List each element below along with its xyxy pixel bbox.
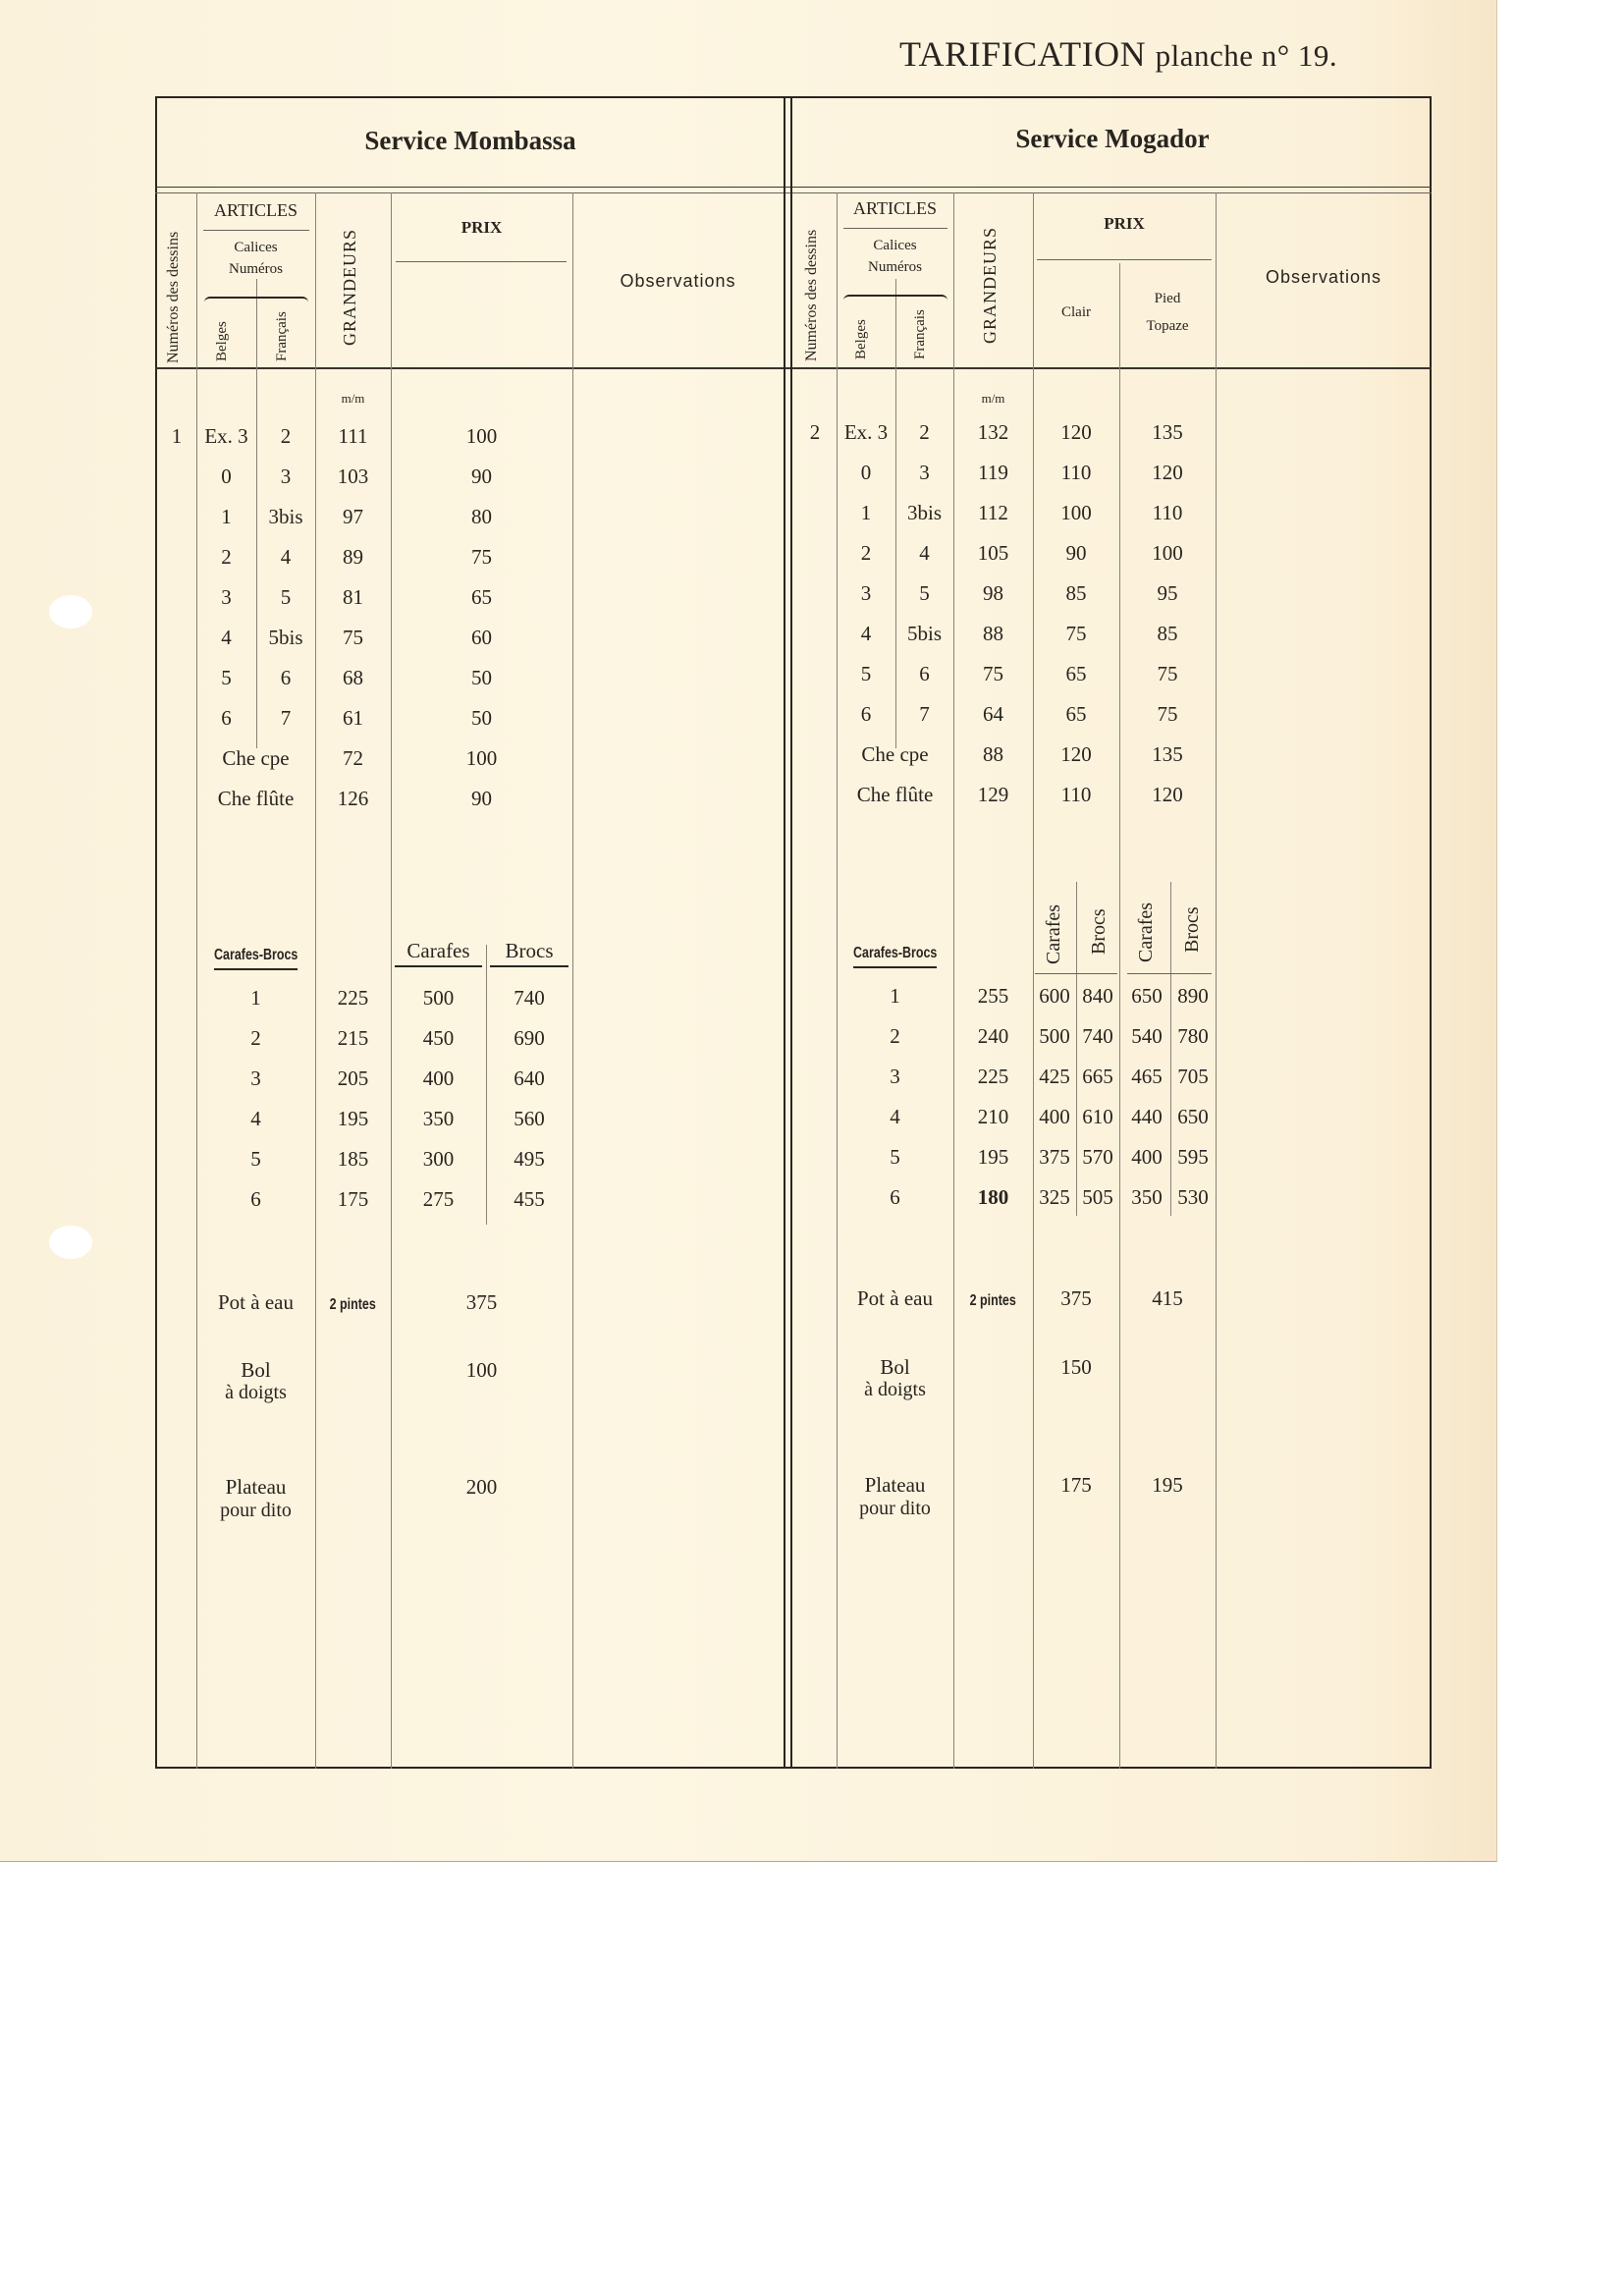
cell-carafes: 300 bbox=[391, 1147, 486, 1172]
header-articles: ARTICLES bbox=[837, 198, 953, 219]
cell-prix: 60 bbox=[391, 626, 572, 650]
cell-prix: 90 bbox=[391, 787, 572, 811]
cell-grandeur: 111 bbox=[315, 424, 391, 449]
cell-article: Che flûte bbox=[196, 787, 315, 811]
header-francais: Français bbox=[912, 309, 929, 359]
cell-grandeur: 89 bbox=[315, 545, 391, 570]
cell-grandeur: 240 bbox=[953, 1024, 1033, 1049]
service-mombassa-title: Service Mombassa bbox=[157, 126, 784, 156]
cell-clair-carafes: 325 bbox=[1033, 1185, 1076, 1210]
cell-grandeur: 225 bbox=[953, 1065, 1033, 1089]
col-line bbox=[895, 279, 896, 367]
cell-brocs: 560 bbox=[486, 1107, 572, 1131]
cell-clair: 120 bbox=[1033, 742, 1119, 767]
cell-clair-brocs: 610 bbox=[1076, 1105, 1119, 1129]
cell-pied-brocs: 595 bbox=[1170, 1145, 1216, 1170]
unit-mm: m/m bbox=[953, 391, 1033, 407]
carafes-subrule bbox=[1035, 973, 1117, 974]
cell-no: 3 bbox=[837, 1065, 953, 1089]
cell-belges: 6 bbox=[196, 706, 256, 731]
cell-prix: 50 bbox=[391, 666, 572, 690]
cell-no: 2 bbox=[837, 1024, 953, 1049]
carafes-subrule bbox=[1127, 973, 1212, 974]
cell-clair: 85 bbox=[1033, 581, 1119, 606]
cell-article: Che flûte bbox=[837, 783, 953, 807]
cell-belges: Ex. 3 bbox=[837, 420, 895, 445]
cell-grandeur: 81 bbox=[315, 585, 391, 610]
header-grandeurs: GRANDEURS bbox=[340, 229, 360, 346]
cell-clair-brocs: 505 bbox=[1076, 1185, 1119, 1210]
cell-grandeur: 255 bbox=[953, 984, 1033, 1009]
cell-brocs: 690 bbox=[486, 1026, 572, 1051]
header-observations: Observations bbox=[572, 271, 784, 292]
cell-belges: 2 bbox=[196, 545, 256, 570]
grandeur-text: 2 pintes bbox=[330, 1296, 376, 1314]
cell-pied-topaze: 120 bbox=[1119, 783, 1216, 807]
tariff-table-frame bbox=[155, 96, 1432, 1769]
articles-rule bbox=[843, 228, 947, 229]
cell-no: 4 bbox=[837, 1105, 953, 1129]
cell-francais: 4 bbox=[895, 541, 953, 566]
cell-francais: 5bis bbox=[256, 626, 315, 650]
brace-icon bbox=[843, 295, 947, 304]
cell-belges: 1 bbox=[837, 501, 895, 525]
cell-prix: 100 bbox=[391, 746, 572, 771]
cell-brocs: 455 bbox=[486, 1187, 572, 1212]
header-clair: Clair bbox=[1033, 304, 1119, 321]
cell-article: Pot à eau bbox=[196, 1290, 315, 1315]
cell-grandeur: 126 bbox=[315, 787, 391, 811]
rule-under-service-titles-2 bbox=[155, 192, 1432, 193]
cell-clair-carafes: 600 bbox=[1033, 984, 1076, 1009]
cell-grandeur: 68 bbox=[315, 666, 391, 690]
header-numeros: Numéros bbox=[837, 259, 953, 276]
header-numeros-dessins: Numéros des dessins bbox=[803, 230, 821, 361]
col-line bbox=[1216, 192, 1217, 1769]
cell-grandeur: 175 bbox=[315, 1187, 391, 1212]
col-line bbox=[572, 192, 573, 1769]
header-calices: Calices bbox=[837, 238, 953, 254]
cell-grandeur: 97 bbox=[315, 505, 391, 529]
cell-brocs: 495 bbox=[486, 1147, 572, 1172]
header-pied: Pied bbox=[1119, 291, 1216, 307]
cell-francais: 2 bbox=[895, 420, 953, 445]
cell-belges: 5 bbox=[196, 666, 256, 690]
cell-no: 1 bbox=[837, 984, 953, 1009]
cell-francais: 3bis bbox=[895, 501, 953, 525]
header-carafes: Carafes bbox=[395, 939, 482, 967]
cell-belges: 4 bbox=[196, 626, 256, 650]
cell-article-line2: pour dito bbox=[837, 1498, 953, 1520]
cell-clair: 65 bbox=[1033, 662, 1119, 686]
cell-clair: 175 bbox=[1033, 1473, 1119, 1498]
cell-francais: 3bis bbox=[256, 505, 315, 529]
cell-grandeur: 105 bbox=[953, 541, 1033, 566]
cell-belges: 4 bbox=[837, 622, 895, 646]
label-carafes-brocs: Carafes-Brocs bbox=[214, 947, 298, 970]
prix-subrule bbox=[1037, 259, 1212, 260]
cell-carafes: 350 bbox=[391, 1107, 486, 1131]
cell-francais: 5 bbox=[256, 585, 315, 610]
cell-clair: 100 bbox=[1033, 501, 1119, 525]
cell-no: 4 bbox=[196, 1107, 315, 1131]
cell-pied-carafes: 350 bbox=[1123, 1185, 1170, 1210]
title-plate-number: planche n° 19. bbox=[1156, 38, 1338, 73]
cell-grandeur: 132 bbox=[953, 420, 1033, 445]
header-topaze: Topaze bbox=[1119, 318, 1216, 335]
cell-pied-topaze: 75 bbox=[1119, 662, 1216, 686]
cell-francais: 5bis bbox=[895, 622, 953, 646]
cell-francais: 6 bbox=[895, 662, 953, 686]
cell-pied-topaze: 75 bbox=[1119, 702, 1216, 727]
cell-pied-brocs: 780 bbox=[1170, 1024, 1216, 1049]
dessin-number: 2 bbox=[793, 420, 837, 445]
col-line bbox=[256, 279, 257, 367]
articles-rule bbox=[203, 230, 309, 231]
cell-pied-topaze: 415 bbox=[1119, 1286, 1216, 1311]
header-clair-carafes: Carafes bbox=[1043, 904, 1065, 964]
cell-francais: 7 bbox=[256, 706, 315, 731]
service-divider bbox=[784, 96, 785, 1769]
cell-pied-topaze: 110 bbox=[1119, 501, 1216, 525]
header-brocs: Brocs bbox=[490, 939, 568, 967]
header-pied-carafes: Carafes bbox=[1135, 902, 1158, 962]
header-observations: Observations bbox=[1216, 267, 1432, 288]
cell-grandeur: 103 bbox=[315, 465, 391, 489]
header-articles: ARTICLES bbox=[196, 200, 315, 221]
cell-francais: 7 bbox=[895, 702, 953, 727]
cell-brocs: 640 bbox=[486, 1066, 572, 1091]
cell-grandeur: 112 bbox=[953, 501, 1033, 525]
header-carafes-brocs: Carafes-Brocs bbox=[837, 939, 953, 968]
service-divider bbox=[790, 96, 792, 1769]
cell-prix: 50 bbox=[391, 706, 572, 731]
cell-clair: 110 bbox=[1033, 783, 1119, 807]
cell-article-line2: à doigts bbox=[196, 1382, 315, 1404]
punch-hole bbox=[49, 595, 92, 629]
cell-belges: 1 bbox=[196, 505, 256, 529]
brace-icon bbox=[204, 297, 308, 306]
cell-article: Che cpe bbox=[196, 746, 315, 771]
cell-no: 1 bbox=[196, 986, 315, 1011]
cell-pied-carafes: 465 bbox=[1123, 1065, 1170, 1089]
header-prix: PRIX bbox=[391, 218, 572, 238]
cell-grandeur: 72 bbox=[315, 746, 391, 771]
cell-grandeur: 205 bbox=[315, 1066, 391, 1091]
header-belges: Belges bbox=[214, 321, 231, 361]
cell-pied-carafes: 400 bbox=[1123, 1145, 1170, 1170]
cell-article: Plateau bbox=[196, 1475, 315, 1500]
cell-francais: 3 bbox=[895, 461, 953, 485]
cell-carafes: 275 bbox=[391, 1187, 486, 1212]
cell-grandeur: 75 bbox=[315, 626, 391, 650]
cell-clair-carafes: 425 bbox=[1033, 1065, 1076, 1089]
cell-article: Bol bbox=[837, 1355, 953, 1380]
cell-clair-carafes: 375 bbox=[1033, 1145, 1076, 1170]
header-numeros-dessins: Numéros des dessins bbox=[165, 232, 183, 363]
header-carafes-brocs: Carafes-Brocs bbox=[196, 941, 315, 970]
cell-clair: 90 bbox=[1033, 541, 1119, 566]
cell-prix: 375 bbox=[391, 1290, 572, 1315]
punch-hole bbox=[49, 1226, 92, 1259]
cell-pied-brocs: 530 bbox=[1170, 1185, 1216, 1210]
cell-clair: 375 bbox=[1033, 1286, 1119, 1311]
cell-pied-topaze: 85 bbox=[1119, 622, 1216, 646]
cell-grandeur: 129 bbox=[953, 783, 1033, 807]
cell-grandeur: 119 bbox=[953, 461, 1033, 485]
cell-pied-topaze: 135 bbox=[1119, 420, 1216, 445]
title-main: TARIFICATION bbox=[899, 34, 1146, 74]
cell-pied-brocs: 650 bbox=[1170, 1105, 1216, 1129]
col-line bbox=[1119, 263, 1120, 1769]
cell-article: Bol bbox=[196, 1358, 315, 1383]
prix-subrule bbox=[396, 261, 567, 262]
cell-no: 5 bbox=[196, 1147, 315, 1172]
cell-grandeur: 75 bbox=[953, 662, 1033, 686]
cell-prix: 80 bbox=[391, 505, 572, 529]
header-belges: Belges bbox=[853, 319, 870, 359]
cell-clair-brocs: 840 bbox=[1076, 984, 1119, 1009]
cell-no: 2 bbox=[196, 1026, 315, 1051]
cell-no: 6 bbox=[196, 1187, 315, 1212]
cell-no: 5 bbox=[837, 1145, 953, 1170]
cell-prix: 65 bbox=[391, 585, 572, 610]
page-title: TARIFICATION planche n° 19. bbox=[899, 33, 1337, 75]
cell-pied-brocs: 890 bbox=[1170, 984, 1216, 1009]
cell-belges: 3 bbox=[196, 585, 256, 610]
cell-prix: 75 bbox=[391, 545, 572, 570]
cell-clair-brocs: 740 bbox=[1076, 1024, 1119, 1049]
cell-grandeur: 98 bbox=[953, 581, 1033, 606]
cell-carafes: 500 bbox=[391, 986, 486, 1011]
cell-article: Plateau bbox=[837, 1473, 953, 1498]
cell-clair: 110 bbox=[1033, 461, 1119, 485]
grandeur-text: 2 pintes bbox=[970, 1292, 1016, 1310]
cell-clair-brocs: 665 bbox=[1076, 1065, 1119, 1089]
cell-no: 6 bbox=[837, 1185, 953, 1210]
rule-under-service-titles bbox=[155, 187, 1432, 188]
cell-prix: 100 bbox=[391, 1358, 572, 1383]
cell-clair: 150 bbox=[1033, 1355, 1119, 1380]
cell-clair: 65 bbox=[1033, 702, 1119, 727]
header-numeros: Numéros bbox=[196, 261, 315, 278]
unit-mm: m/m bbox=[315, 391, 391, 407]
cell-no: 3 bbox=[196, 1066, 315, 1091]
cell-clair-carafes: 500 bbox=[1033, 1024, 1076, 1049]
cell-grandeur: 195 bbox=[953, 1145, 1033, 1170]
cell-pied-topaze: 135 bbox=[1119, 742, 1216, 767]
header-francais: Français bbox=[274, 311, 291, 361]
cell-grandeur: 185 bbox=[315, 1147, 391, 1172]
cell-belges: 2 bbox=[837, 541, 895, 566]
cell-grandeur: 195 bbox=[315, 1107, 391, 1131]
header-prix: PRIX bbox=[1033, 214, 1216, 234]
cell-francais: 2 bbox=[256, 424, 315, 449]
cell-article-line2: à doigts bbox=[837, 1379, 953, 1401]
cell-grandeur: 61 bbox=[315, 706, 391, 731]
cell-francais: 4 bbox=[256, 545, 315, 570]
cell-carafes: 450 bbox=[391, 1026, 486, 1051]
cell-belges: 5 bbox=[837, 662, 895, 686]
header-calices: Calices bbox=[196, 240, 315, 256]
cell-grandeur: 2 pintes bbox=[315, 1290, 391, 1315]
cell-grandeur: 215 bbox=[315, 1026, 391, 1051]
rule-under-column-headers bbox=[155, 367, 1432, 369]
cell-article: Pot à eau bbox=[837, 1286, 953, 1311]
cell-pied-topaze: 120 bbox=[1119, 461, 1216, 485]
cell-prix: 90 bbox=[391, 465, 572, 489]
cell-belges: 0 bbox=[196, 465, 256, 489]
cell-grandeur: 88 bbox=[953, 622, 1033, 646]
cell-pied-carafes: 650 bbox=[1123, 984, 1170, 1009]
cell-clair: 75 bbox=[1033, 622, 1119, 646]
cell-pied-topaze: 195 bbox=[1119, 1473, 1216, 1498]
cell-francais: 3 bbox=[256, 465, 315, 489]
cell-pied-topaze: 100 bbox=[1119, 541, 1216, 566]
cell-belges: 6 bbox=[837, 702, 895, 727]
cell-belges: 3 bbox=[837, 581, 895, 606]
label-carafes-brocs: Carafes-Brocs bbox=[853, 945, 937, 968]
cell-pied-carafes: 440 bbox=[1123, 1105, 1170, 1129]
cell-francais: 6 bbox=[256, 666, 315, 690]
header-grandeurs: GRANDEURS bbox=[980, 227, 1001, 344]
cell-pied-brocs: 705 bbox=[1170, 1065, 1216, 1089]
cell-grandeur: 210 bbox=[953, 1105, 1033, 1129]
cell-article: Che cpe bbox=[837, 742, 953, 767]
cell-belges: Ex. 3 bbox=[196, 424, 256, 449]
cell-grandeur: 225 bbox=[315, 986, 391, 1011]
cell-belges: 0 bbox=[837, 461, 895, 485]
cell-carafes: 400 bbox=[391, 1066, 486, 1091]
cell-clair-carafes: 400 bbox=[1033, 1105, 1076, 1129]
service-mogador-title: Service Mogador bbox=[793, 124, 1432, 154]
cell-grandeur: 2 pintes bbox=[953, 1286, 1033, 1311]
paper-sheet: TARIFICATION planche n° 19. Service Momb… bbox=[0, 0, 1497, 1862]
cell-grandeur: 88 bbox=[953, 742, 1033, 767]
cell-pied-carafes: 540 bbox=[1123, 1024, 1170, 1049]
header-pied-brocs: Brocs bbox=[1181, 906, 1204, 953]
cell-prix: 100 bbox=[391, 424, 572, 449]
cell-pied-topaze: 95 bbox=[1119, 581, 1216, 606]
cell-article-line2: pour dito bbox=[196, 1500, 315, 1522]
cell-francais: 5 bbox=[895, 581, 953, 606]
cell-clair-brocs: 570 bbox=[1076, 1145, 1119, 1170]
cell-clair: 120 bbox=[1033, 420, 1119, 445]
header-clair-brocs: Brocs bbox=[1088, 908, 1110, 955]
cell-prix: 200 bbox=[391, 1475, 572, 1500]
cell-grandeur: 180 bbox=[953, 1185, 1033, 1210]
cell-grandeur: 64 bbox=[953, 702, 1033, 727]
cell-brocs: 740 bbox=[486, 986, 572, 1011]
dessin-number: 1 bbox=[157, 424, 196, 449]
